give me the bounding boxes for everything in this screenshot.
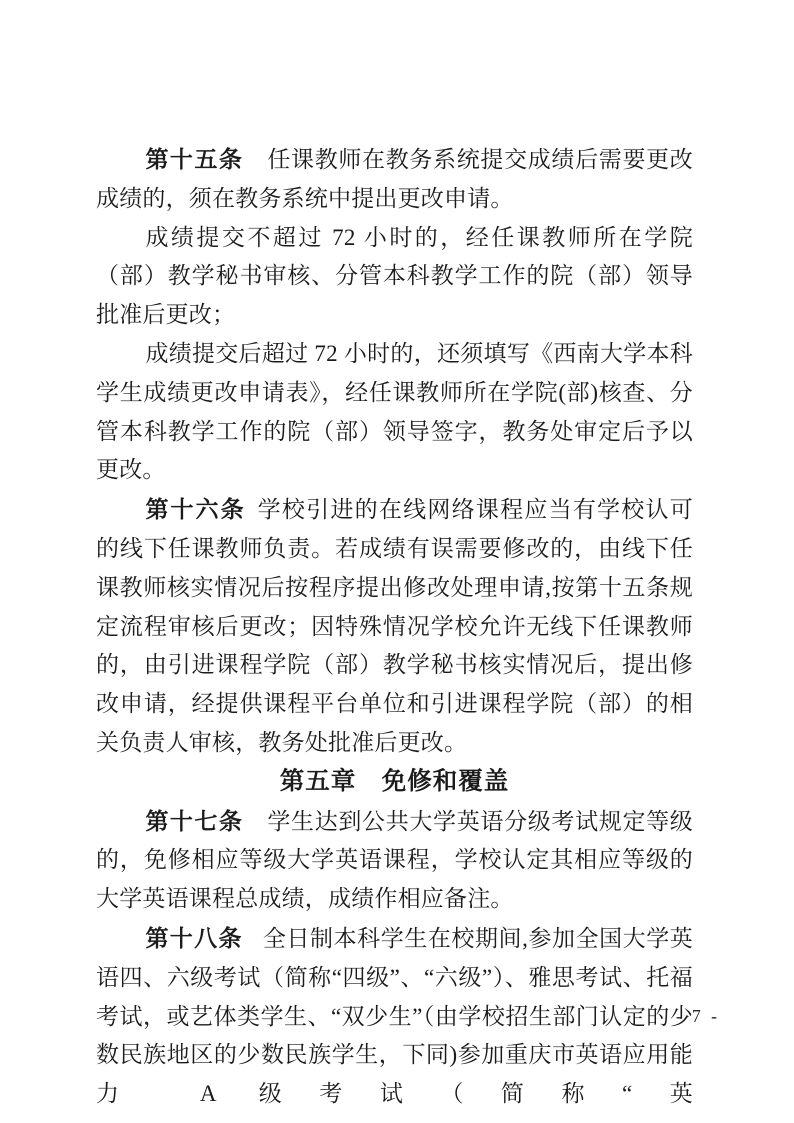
article-17-paragraph: 第十七条学生达到公共大学英语分级考试规定等级的，免修相应等级大学英语课程，学校认… <box>96 802 693 919</box>
article-15-clause-within-72h: 成绩提交不超过 72 小时的，经任课教师所在学院（部）教学秘书审核、分管本科教学… <box>96 219 693 335</box>
article-16-paragraph: 第十六条学校引进的在线网络课程应当有学校认可的线下任课教师负责。若成绩有误需要修… <box>96 490 693 763</box>
article-15-number: 第十五条 <box>145 146 243 172</box>
chapter-5-heading: 第五章 免修和覆盖 <box>96 763 693 802</box>
article-18-number: 第十八条 <box>145 925 242 951</box>
article-18-paragraph: 第十八条全日制本科学生在校期间,参加全国大学英语四、六级考试（简称“四级”、“六… <box>96 919 693 1114</box>
document-body: 第十五条任课教师在教务系统提交成绩后需要更改成绩的，须在教务系统中提出更改申请。… <box>96 140 693 1114</box>
page-number: - 7 - <box>676 1006 720 1027</box>
article-18-text: 全日制本科学生在校期间,参加全国大学英语四、六级考试（简称“四级”、“六级”）、… <box>96 926 693 1106</box>
article-15-clause-beyond-72h: 成绩提交后超过 72 小时的，还须填写《西南大学本科学生成绩更改申请表》，经任课… <box>96 335 693 490</box>
document-page: 第十五条任课教师在教务系统提交成绩后需要更改成绩的，须在教务系统中提出更改申请。… <box>0 0 794 1123</box>
article-17-number: 第十七条 <box>145 808 243 834</box>
article-15-paragraph: 第十五条任课教师在教务系统提交成绩后需要更改成绩的，须在教务系统中提出更改申请。 <box>96 140 693 219</box>
article-16-text: 学校引进的在线网络课程应当有学校认可的线下任课教师负责。若成绩有误需要修改的，由… <box>96 497 693 755</box>
article-16-number: 第十六条 <box>145 496 245 522</box>
